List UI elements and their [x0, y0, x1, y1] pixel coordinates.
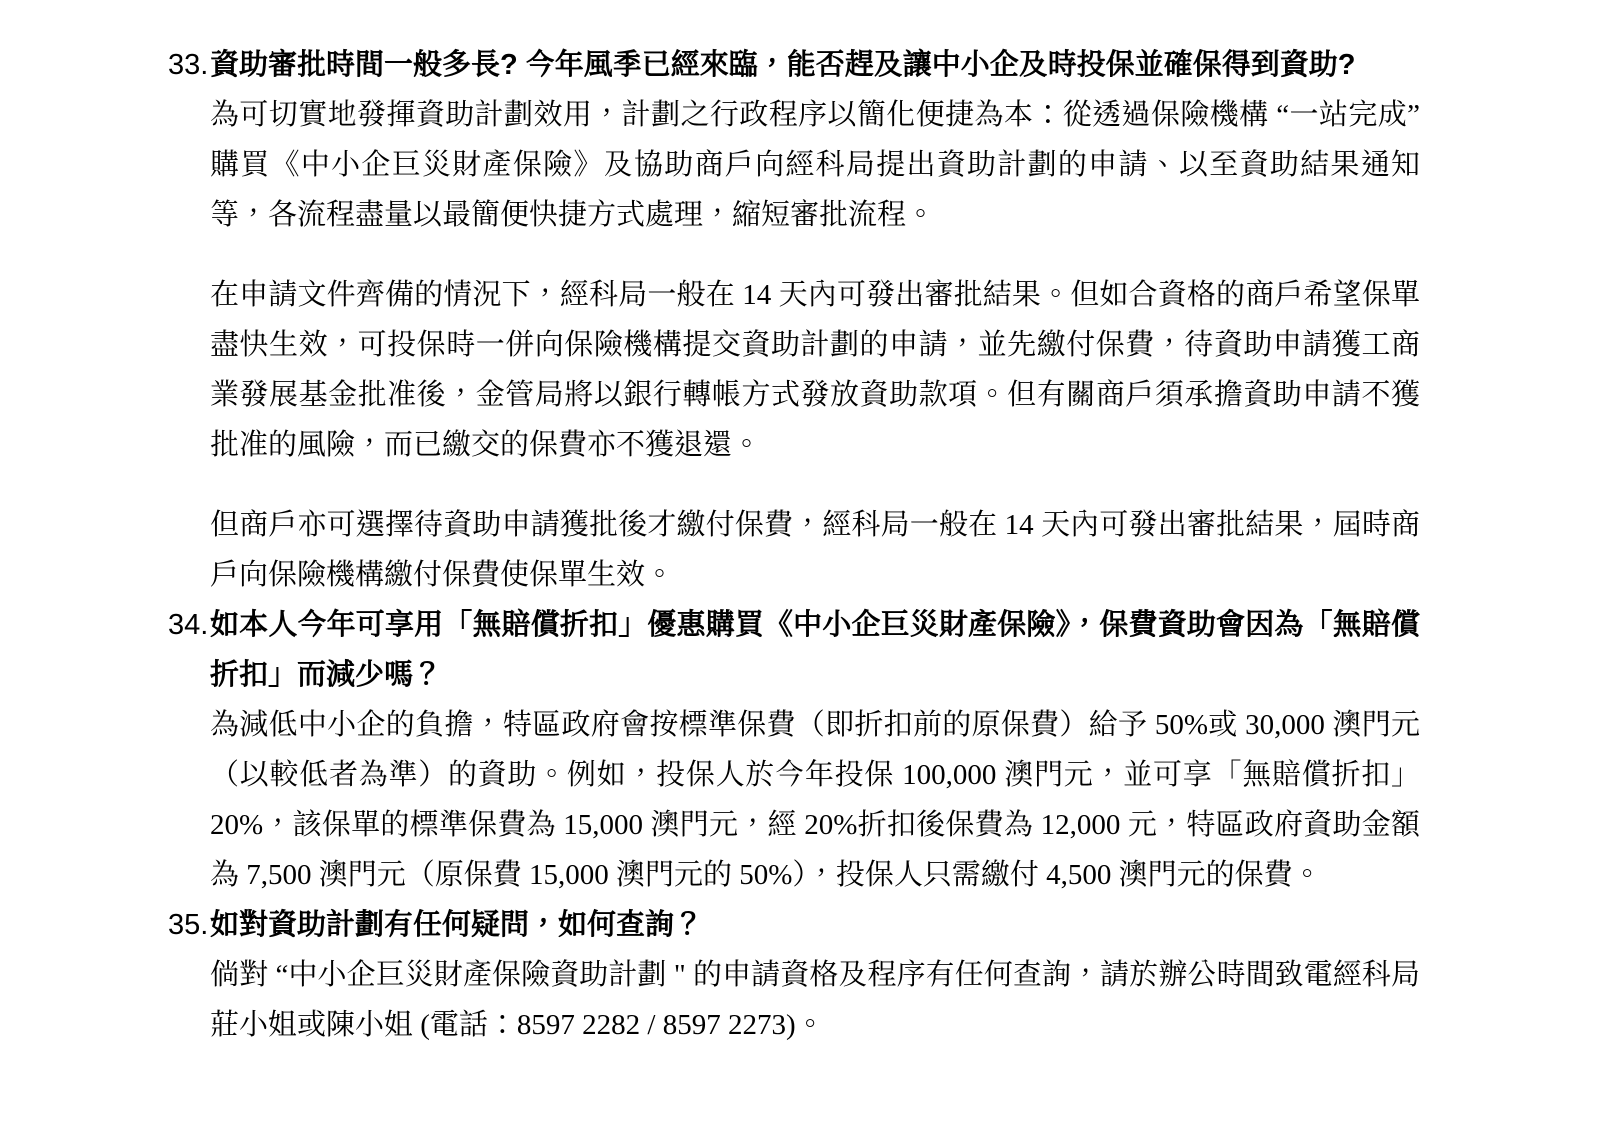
question-text: 如對資助計劃有任何疑問，如何查詢？ [210, 900, 1420, 950]
answer-paragraph: 為減低中小企的負擔，特區政府會按標準保費（即折扣前的原保費）給予 50%或 30… [210, 700, 1420, 900]
answer-paragraph: 為可切實地發揮資助計劃效用，計劃之行政程序以簡化便捷為本：從透過保險機構 “一站… [210, 90, 1420, 240]
question-text: 如本人今年可享用「無賠償折扣」優惠購買《中小企巨災財產保險》，保費資助會因為「無… [210, 600, 1420, 700]
item-number: 33. [168, 40, 208, 90]
answer-paragraph: 但商戶亦可選擇待資助申請獲批後才繳付保費，經科局一般在 14 天內可發出審批結果… [210, 500, 1420, 600]
document-page: 33. 資助審批時間一般多長? 今年風季已經來臨，能否趕及讓中小企及時投保並確保… [0, 0, 1600, 1136]
faq-item-34: 34. 如本人今年可享用「無賠償折扣」優惠購買《中小企巨災財產保險》，保費資助會… [168, 600, 1420, 900]
faq-item-33: 33. 資助審批時間一般多長? 今年風季已經來臨，能否趕及讓中小企及時投保並確保… [168, 40, 1420, 600]
faq-item-35: 35. 如對資助計劃有任何疑問，如何查詢？ 倘對 “中小企巨災財產保險資助計劃 … [168, 900, 1420, 1050]
answer-paragraph: 倘對 “中小企巨災財產保險資助計劃 " 的申請資格及程序有任何查詢，請於辦公時間… [210, 950, 1420, 1050]
answer-paragraph: 在申請文件齊備的情況下，經科局一般在 14 天內可發出審批結果。但如合資格的商戶… [210, 270, 1420, 470]
question-text: 資助審批時間一般多長? 今年風季已經來臨，能否趕及讓中小企及時投保並確保得到資助… [210, 40, 1420, 90]
item-number: 34. [168, 600, 208, 650]
item-number: 35. [168, 900, 208, 950]
